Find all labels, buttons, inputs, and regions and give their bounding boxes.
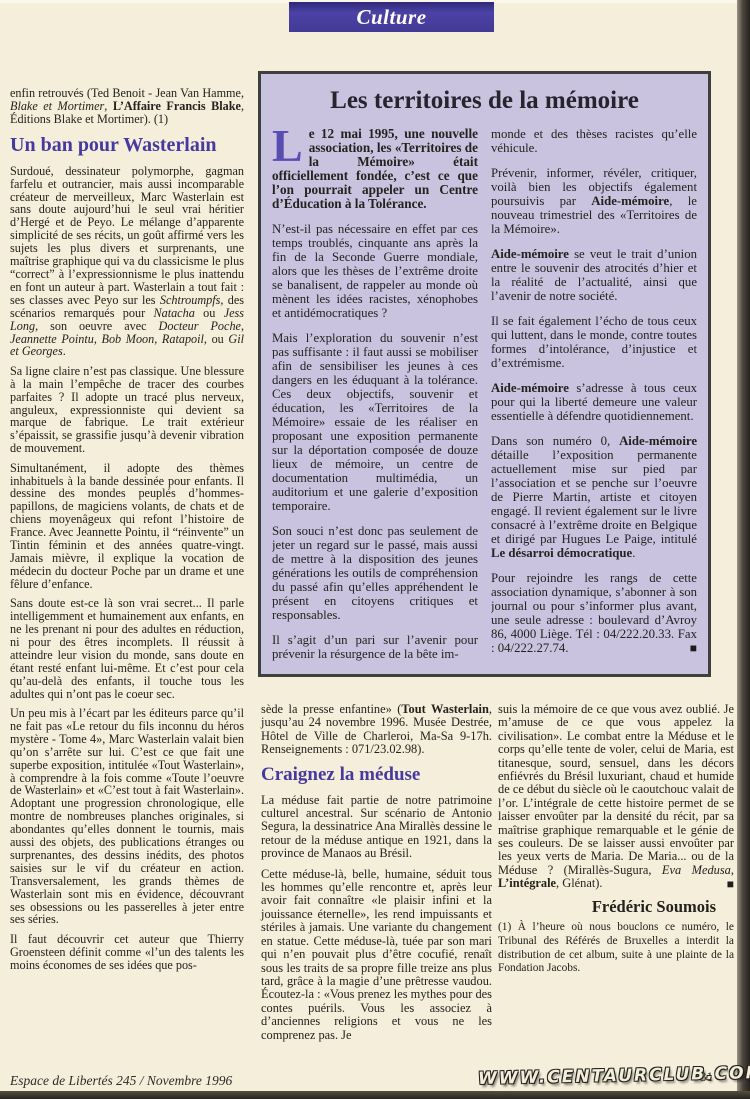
box-paragraph: Aide-mémoire se veut le trait d’union en… <box>491 247 697 303</box>
article-paragraph: La méduse fait partie de notre patrimoin… <box>261 794 492 861</box>
end-mark-icon: ■ <box>690 642 697 654</box>
right-lower-column: suis la mémoire de ce que vous avez oubl… <box>498 703 734 983</box>
left-column: enfin retrouvés (Ted Benoit - Jean Van H… <box>10 87 244 978</box>
meduse-closing-text: suis la mémoire de ce que vous avez oubl… <box>498 702 734 890</box>
box-paragraph: Il se fait également l’écho de tous ceux… <box>491 314 697 370</box>
article-paragraph: enfin retrouvés (Ted Benoit - Jean Van H… <box>10 87 244 126</box>
box-title: Les territoires de la mémoire <box>267 87 702 115</box>
article-heading-meduse: Craignez la méduse <box>261 764 492 786</box>
drop-cap: L <box>272 127 309 163</box>
article-paragraph: Il faut découvrir cet auteur que Thierry… <box>10 933 244 972</box>
box-contact-text: Pour rejoindre les rangs de cette associ… <box>491 571 697 655</box>
memory-territories-box: Les territoires de la mémoire Le 12 mai … <box>258 71 711 677</box>
article-paragraph: Surdoué, dessinateur polymorphe, gagman … <box>10 165 244 359</box>
article-paragraph: Simultanément, il adopte des thèmes inha… <box>10 462 244 591</box>
article-paragraph: sède la presse enfantine» (Tout Wasterla… <box>261 703 492 757</box>
box-lead-paragraph: Le 12 mai 1995, une nouvelle association… <box>272 127 478 211</box>
box-paragraph: Son souci n’est donc pas seulement de je… <box>272 524 478 622</box>
footnote: (1) À l’heure où nous bouclons ce numéro… <box>498 921 734 976</box>
section-banner: Culture <box>289 2 494 32</box>
watermark: WWW.CENTAURCLUB.COM <box>478 1063 750 1089</box>
author-byline: Frédéric Soumois <box>498 900 734 913</box>
box-paragraph-contact: Pour rejoindre les rangs de cette associ… <box>491 571 697 655</box>
box-column-1: Le 12 mai 1995, une nouvelle association… <box>272 127 478 672</box>
box-paragraph: Dans son numéro 0, Aide-mémoire détaille… <box>491 434 697 560</box>
box-column-2: monde et des thèses racistes qu’elle véh… <box>491 127 697 672</box>
article-paragraph: Un peu mis à l’écart par les éditeurs pa… <box>10 707 244 926</box>
box-paragraph: Prévenir, informer, révéler, critiquer, … <box>491 166 697 236</box>
article-paragraph: Sans doute est-ce là son vrai secret... … <box>10 597 244 700</box>
box-paragraph: Il s’agit d’un pari sur l’avenir pour pr… <box>272 633 478 661</box>
box-paragraph: Mais l’exploration du souvenir n’est pas… <box>272 331 478 513</box>
journal-footer: Espace de Libertés 245 / Novembre 1996 <box>10 1073 232 1089</box>
article-paragraph: suis la mémoire de ce que vous avez oubl… <box>498 703 734 891</box>
section-title: Culture <box>356 5 426 30</box>
scan-edge-bottom <box>0 1091 750 1099</box>
end-mark-icon: ■ <box>727 878 734 890</box>
box-paragraph: N’est-il pas nécessaire en effet par ces… <box>272 222 478 320</box>
article-paragraph: Sa ligne claire n’est pas classique. Une… <box>10 365 244 455</box>
box-columns: Le 12 mai 1995, une nouvelle association… <box>261 125 708 672</box>
box-paragraph: Aide-mémoire s’adresse à tous ceux pour … <box>491 381 697 423</box>
scan-edge-right <box>737 0 750 1099</box>
box-paragraph: monde et des thèses racistes qu’elle véh… <box>491 127 697 155</box>
article-paragraph: Cette méduse-là, belle, humaine, séduit … <box>261 868 492 1042</box>
magazine-page: Culture enfin retrouvés (Ted Benoit - Je… <box>0 0 750 1099</box>
middle-lower-column: sède la presse enfantine» (Tout Wasterla… <box>261 703 492 1049</box>
article-heading-wasterlain: Un ban pour Wasterlain <box>10 134 244 157</box>
